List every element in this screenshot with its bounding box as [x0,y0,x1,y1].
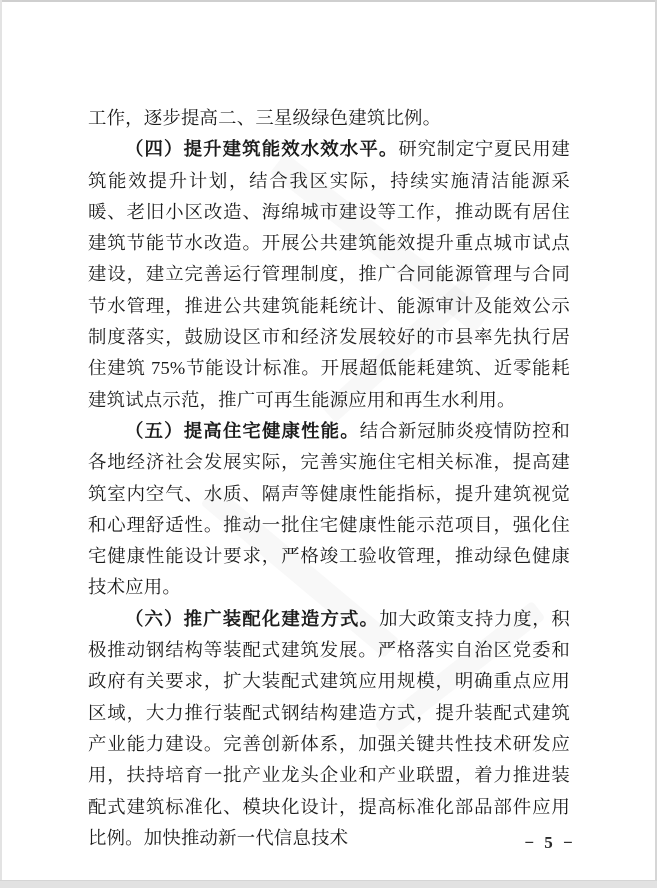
paragraph-section-5: （五）提高住宅健康性能。结合新冠肺炎疫情防控和各地经济社会发展实际，完善实施住宅… [88,416,570,604]
page-number: − 5 − [480,833,620,853]
paragraph-text: 研究制定宁夏民用建筑能效提升计划，结合我区实际，持续实施清洁能源采暖、老旧小区改… [88,139,570,409]
scan-edge-bottom [0,880,657,888]
paragraph-section-6: （六）推广装配化建造方式。加大政策支持力度，积极推动钢结构等装配式建筑发展。严格… [88,604,570,854]
section-heading-4: （四）提升建筑能效水效水平。 [125,139,398,159]
scan-edge-left [0,0,2,888]
scan-edge-top [0,0,657,2]
paragraph-text: 加大政策支持力度，积极推动钢结构等装配式建筑发展。严格落实自治区党委和政府有关要… [88,609,570,848]
paragraph-text: 结合新冠肺炎疫情防控和各地经济社会发展实际，完善实施住宅相关标准，提高建筑室内空… [88,421,570,597]
document-body-text: 工作，逐步提高二、三星级绿色建筑比例。 （四）提升建筑能效水效水平。研究制定宁夏… [88,103,570,854]
scanned-document-page: 工作，逐步提高二、三星级绿色建筑比例。 （四）提升建筑能效水效水平。研究制定宁夏… [0,0,657,888]
paragraph-continuation: 工作，逐步提高二、三星级绿色建筑比例。 [88,103,570,134]
section-heading-5: （五）提高住宅健康性能。 [125,421,360,441]
paragraph-section-4: （四）提升建筑能效水效水平。研究制定宁夏民用建筑能效提升计划，结合我区实际，持续… [88,134,570,416]
section-heading-6: （六）推广装配化建造方式。 [125,609,379,629]
paragraph-text: 工作，逐步提高二、三星级绿色建筑比例。 [88,108,441,128]
